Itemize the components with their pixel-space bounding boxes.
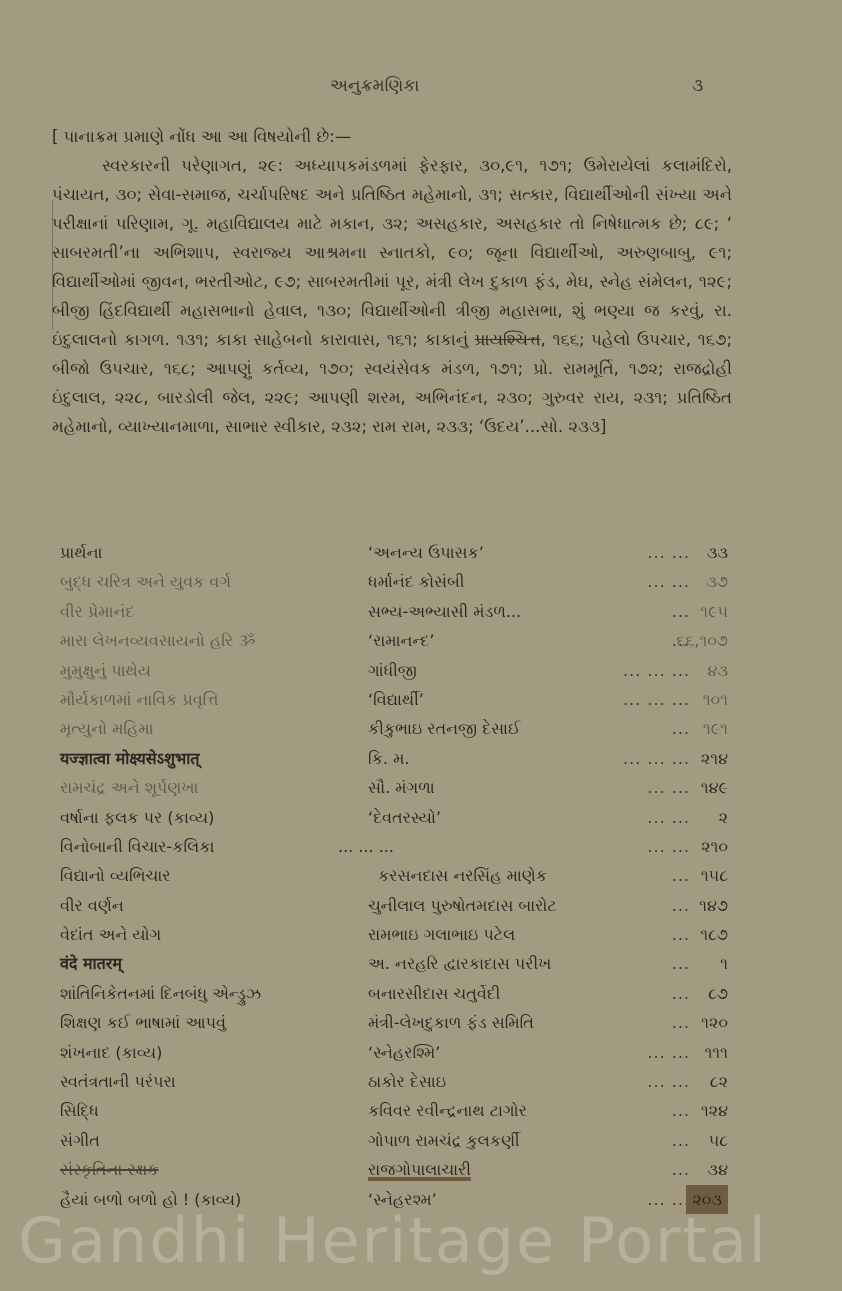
toc-leader-dots: ... ... — [560, 1067, 690, 1096]
toc-author: ‘સ્નેહરશ્મિ’ — [368, 1038, 440, 1067]
toc-page: ૨૧૦ — [701, 832, 728, 861]
toc-title: વીર પ્રેમાનંદ — [60, 597, 134, 626]
toc-page: ૩૭ — [706, 567, 728, 596]
toc-title: મૌર્યકાળમાં નાવિક પ્રવૃત્તિ — [60, 685, 219, 714]
toc-title: यज्ज्ञात्वा मोक्ष्यसेऽशुभात् — [60, 744, 199, 773]
toc-page: ૧૯૧ — [703, 714, 728, 743]
toc-page: ૧૨૪ — [701, 1096, 728, 1125]
toc-title: મારા લેખનવ્યવસાયનો હરિ ૐ — [60, 626, 255, 655]
toc-leader-dots: ... — [560, 949, 690, 978]
toc-title: વિદ્યાનો વ્યભિચાર — [60, 861, 171, 890]
toc-leader-dots: ... ... ... — [560, 685, 690, 714]
toc-title: વિનોબાની વિચાર-કલિકા — [60, 832, 214, 861]
toc-author: ... ... ... — [338, 832, 394, 861]
toc-author-underlined: રાજગોપાલાચારી — [368, 1155, 471, 1184]
toc-leader-dots: ... — [560, 597, 690, 626]
toc-page: ૧૧૧ — [704, 1038, 728, 1067]
toc-title: વીર વર્ણન — [60, 891, 124, 920]
toc-title: મૃત્યુનો મહિમા — [60, 714, 154, 743]
toc-leader-dots: ... — [560, 1096, 690, 1125]
scanned-page: અનુક્રમણિકા ૩ [ પાનાક્રમ પ્રમાણે નોંધ આ … — [0, 0, 842, 1291]
running-title: અનુક્રમણિકા — [330, 76, 419, 96]
toc-author: ગાંધીજી — [368, 656, 417, 685]
toc-page: ૧૨૦ — [701, 1008, 728, 1037]
toc-leader-dots: ... ... — [560, 803, 690, 832]
toc-row: वंदे मातरम् અ. નરહરિ દ્વારકાદાસ પરીખ ...… — [60, 949, 734, 978]
toc-author: બનારસીદાસ ચતુર્વેદી — [368, 979, 500, 1008]
toc-title: પ્રાર્થના — [60, 538, 102, 567]
toc-author: અ. નરહરિ દ્વારકાદાસ પરીખ — [368, 949, 551, 978]
running-head: અનુક્રમણિકા ૩ — [0, 72, 842, 102]
toc-leader-dots: ... — [560, 1155, 690, 1184]
toc-row: રામચંદ્ર અને શૂર્પણખા સૌ. મંગળા ... ... … — [60, 773, 734, 802]
toc-title-struck: સંસ્કૃતિના રક્ષક — [60, 1155, 159, 1184]
toc-page: ૬૬,૧૦૭ — [676, 626, 728, 655]
toc-leader-dots: ... — [560, 1008, 690, 1037]
toc-leader-dots: ... ... — [560, 538, 690, 567]
toc-row: પ્રાર્થના ‘અનન્ય ઉપાસક’ ... ... ૩૩ — [60, 538, 734, 567]
index-note-body: સ્વરકારની પરેણાગત, ૨૯: અધ્યાપકમંડળમાં ફે… — [52, 151, 732, 441]
struck-correction: પ્રાયશ્ચિત્ત — [475, 330, 541, 349]
toc-leader-dots: ... ... — [560, 567, 690, 596]
toc-page: ૧૮૭ — [700, 920, 728, 949]
toc-author: કિ. મ. — [368, 744, 409, 773]
toc-page: ૪૩ — [707, 656, 728, 685]
toc-author: સભ્ય-અભ્યાસી મંડળ... — [368, 597, 521, 626]
toc-leader-dots: ... — [560, 979, 690, 1008]
table-of-contents: પ્રાર્થના ‘અનન્ય ઉપાસક’ ... ... ૩૩ બુદ્ધ… — [60, 538, 734, 1214]
toc-leader-dots: ... — [560, 1126, 690, 1155]
toc-author: ધર્માનંદ કોસંબી — [368, 567, 464, 596]
toc-row: સિદ્ધિ કવિવર રવીન્દ્રનાથ ટાગોર ... ૧૨૪ — [60, 1096, 734, 1125]
toc-row: વીર વર્ણન ચુનીલાલ પુરુષોતમદાસ બારોટ ... … — [60, 891, 734, 920]
toc-row: મારા લેખનવ્યવસાયનો હરિ ૐ ‘રામાનન્દ’ ... … — [60, 626, 734, 655]
toc-row: વર્ષાના ફલક પર (કાવ્ય) ‘દેવતરસ્યો’ ... .… — [60, 803, 734, 832]
toc-row: વીર પ્રેમાનંદ સભ્ય-અભ્યાસી મંડળ... ... ૧… — [60, 597, 734, 626]
index-note-lead: [ પાનાક્રમ પ્રમાણે નોંધ આ આ વિષયોની છે:— — [52, 122, 732, 151]
toc-page: ૩૪ — [707, 1155, 728, 1184]
toc-leader-dots: ... ... — [560, 773, 690, 802]
toc-leader-dots: ... — [560, 626, 690, 655]
toc-title: સ્વતંત્રતાની પરંપરા — [60, 1067, 176, 1096]
toc-page: ૮૭ — [708, 979, 728, 1008]
toc-row: બુદ્ધ ચરિત્ર અને યુવક વર્ગ ધર્માનંદ કોસં… — [60, 567, 734, 596]
toc-title: શિક્ષણ કઈ ભાષામાં આપવું — [60, 1008, 226, 1037]
toc-title: સિદ્ધિ — [60, 1096, 99, 1125]
toc-page: ૨૧૪ — [701, 744, 728, 773]
toc-title: મુમુક્ષુનું પાથેય — [60, 656, 151, 685]
toc-leader-dots: ... ... ... — [560, 656, 690, 685]
page-number: ૩ — [692, 76, 703, 96]
toc-title: સંગીત — [60, 1126, 100, 1155]
toc-leader-dots: ... — [560, 714, 690, 743]
toc-author: મંત્રી-લેખદુકાળ ફંડ સમિતિ — [368, 1008, 534, 1037]
toc-title: રામચંદ્ર અને શૂર્પણખા — [60, 773, 198, 802]
toc-author: સૌ. મંગળા — [368, 773, 435, 802]
toc-leader-dots: ... ... ... — [560, 744, 690, 773]
toc-page: ૧૪૯ — [701, 773, 728, 802]
toc-page: ૩૩ — [707, 538, 728, 567]
toc-leader-dots: ... — [560, 861, 690, 890]
toc-author: કરસનદાસ નરસિંહ માણેક — [378, 861, 547, 890]
toc-author: કીકુભાઇ રતનજી દેસાઈ — [368, 714, 520, 743]
toc-leader-dots: ... — [560, 891, 690, 920]
toc-author: ‘વિદ્યાર્થી’ — [368, 685, 424, 714]
toc-row: यज्ज्ञात्वा मोक्ष्यसेऽशुभात् કિ. મ. ... … — [60, 744, 734, 773]
toc-row: સ્વતંત્રતાની પરંપરા ઠાકોર દેસાઇ ... ... … — [60, 1067, 734, 1096]
toc-row: વિદ્યાનો વ્યભિચાર કરસનદાસ નરસિંહ માણેક .… — [60, 861, 734, 890]
toc-author: ઠાકોર દેસાઇ — [368, 1067, 446, 1096]
toc-page: ૧૯૫ — [700, 597, 728, 626]
toc-page: ૧૦૧ — [703, 685, 728, 714]
toc-author: ગોપાળ રામચંદ્ર કુલકર્ણી — [368, 1126, 520, 1155]
toc-page: ૨ — [719, 803, 728, 832]
toc-row: મુમુક્ષુનું પાથેય ગાંધીજી ... ... ... ૪૩ — [60, 656, 734, 685]
toc-leader-dots: ... ... — [560, 1038, 690, 1067]
toc-row: શંખનાદ (કાવ્ય) ‘સ્નેહરશ્મિ’ ... ... ૧૧૧ — [60, 1038, 734, 1067]
subject-index-note: [ પાનાક્રમ પ્રમાણે નોંધ આ આ વિષયોની છે:—… — [52, 122, 732, 441]
index-note-text: સ્વરકારની પરેણાગત, ૨૯: અધ્યાપકમંડળમાં ફે… — [52, 156, 732, 349]
toc-title: શાંતિનિકેતનમાં દિનબંધુ એન્ડ્રુઝ — [60, 979, 261, 1008]
toc-page: ૮૨ — [710, 1067, 728, 1096]
toc-title: બુદ્ધ ચરિત્ર અને યુવક વર્ગ — [60, 567, 231, 596]
toc-row: મૃત્યુનો મહિમા કીકુભાઇ રતનજી દેસાઈ ... ૧… — [60, 714, 734, 743]
toc-page: ૧૪૭ — [699, 891, 728, 920]
toc-author: ‘રામાનન્દ’ — [368, 626, 434, 655]
toc-row: શાંતિનિકેતનમાં દિનબંધુ એન્ડ્રુઝ બનારસીદા… — [60, 979, 734, 1008]
toc-row: સંગીત ગોપાળ રામચંદ્ર કુલકર્ણી ... ૫૮ — [60, 1126, 734, 1155]
toc-author: રામભાઇ ગલાભાઇ પટેલ — [368, 920, 515, 949]
toc-title: વેદાંત અને યોગ — [60, 920, 161, 949]
toc-author: ‘અનન્ય ઉપાસક’ — [368, 538, 484, 567]
toc-page: ૧ — [720, 949, 728, 978]
toc-leader-dots: ... — [560, 920, 690, 949]
toc-title: શંખનાદ (કાવ્ય) — [60, 1038, 162, 1067]
toc-author: ચુનીલાલ પુરુષોતમદાસ બારોટ — [368, 891, 557, 920]
toc-row-struck: સંસ્કૃતિના રક્ષક રાજગોપાલાચારી ... ૩૪ — [60, 1155, 734, 1184]
toc-row: વેદાંત અને યોગ રામભાઇ ગલાભાઇ પટેલ ... ૧૮… — [60, 920, 734, 949]
toc-row: શિક્ષણ કઈ ભાષામાં આપવું મંત્રી-લેખદુકાળ … — [60, 1008, 734, 1037]
toc-title: વર્ષાના ફલક પર (કાવ્ય) — [60, 803, 214, 832]
toc-row: મૌર્યકાળમાં નાવિક પ્રવૃત્તિ ‘વિદ્યાર્થી’… — [60, 685, 734, 714]
toc-title: वंदे मातरम् — [60, 949, 122, 978]
toc-author: કવિવર રવીન્દ્રનાથ ટાગોર — [368, 1096, 527, 1125]
toc-page: ૧૫૮ — [701, 861, 728, 890]
toc-row: વિનોબાની વિચાર-કલિકા ... ... ... ... ...… — [60, 832, 734, 861]
toc-page: ૫૮ — [709, 1126, 728, 1155]
watermark: Gandhi Heritage Portal — [18, 1204, 838, 1277]
toc-leader-dots: ... ... — [560, 832, 690, 861]
toc-author: ‘દેવતરસ્યો’ — [368, 803, 441, 832]
